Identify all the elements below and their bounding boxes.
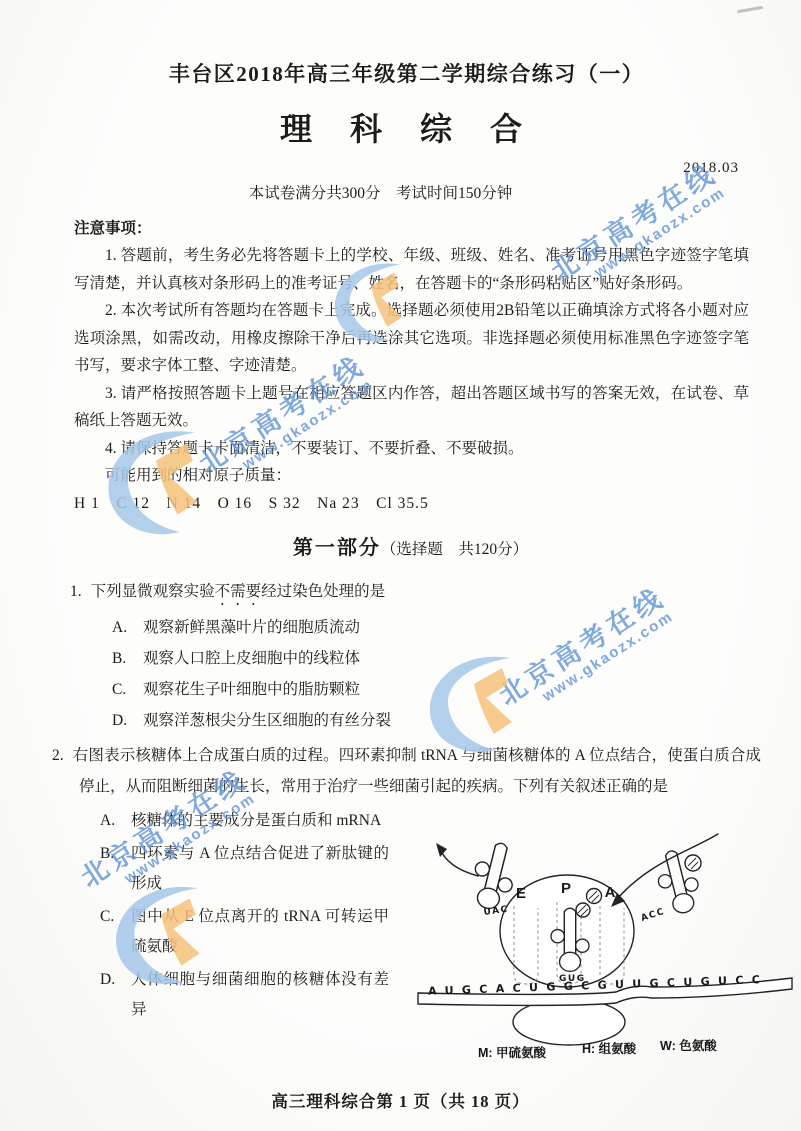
option-letter: C.	[100, 902, 131, 962]
option-row: A.核糖体的主要成分是蛋白质和 mRNA	[100, 806, 412, 836]
option-text: 观察花生子叶细胞中的脂肪颗粒	[143, 675, 360, 705]
question-2-stem-text: 右图表示核糖体上合成蛋白质的过程。四环素抑制 tRNA 与细菌核糖体的 A 位点…	[73, 747, 761, 795]
part1-subtitle: （选择题 共120分）	[381, 541, 528, 558]
exam-title: 丰台区2018年高三年级第二学期综合练习（一）	[6, 58, 801, 88]
part1-title: 第一部分	[293, 537, 381, 559]
option-row: C.观察花生子叶细胞中的脂肪颗粒	[112, 675, 749, 705]
legend-tryptophan: W: 色氨酸	[660, 1038, 717, 1053]
option-text: 图中从 E 位点离开的 tRNA 可转运甲硫氨酸	[131, 902, 389, 962]
option-text: 人体细胞与细菌细胞的核糖体没有差异	[131, 965, 389, 1025]
question-1: 1.下列显微观察实验不需要经过染色处理的是 A.观察新鲜黑藻叶片的细胞质流动 B…	[70, 576, 749, 736]
question-1-number: 1.	[70, 583, 82, 600]
notice-item-4: 4. 请保持答题卡卡面清洁，不要装订、不要折叠、不要破损。	[74, 435, 749, 463]
option-text: 核糖体的主要成分是蛋白质和 mRNA	[131, 806, 381, 836]
page-footer: 高三理科综合第 1 页（共 18 页）	[0, 1088, 801, 1112]
question-2-stem: 2.右图表示核糖体上合成蛋白质的过程。四环素抑制 tRNA 与细菌核糖体的 A …	[52, 740, 761, 802]
atomic-mass-values: H 1 C 12 N 14 O 16 S 32 Na 23 Cl 35.5	[74, 490, 749, 518]
option-letter: B.	[112, 644, 143, 674]
question-1-stem: 1.下列显微观察实验不需要经过染色处理的是	[70, 576, 749, 609]
question-1-stem-post: 经过染色处理的是	[261, 583, 385, 600]
option-text: 四环素与 A 位点结合促进了新肽键的形成	[131, 839, 389, 899]
option-letter: C.	[112, 675, 143, 705]
option-text: 观察人口腔上皮细胞中的线粒体	[143, 644, 360, 674]
scan-artifact	[737, 6, 763, 13]
option-row: D.观察洋葱根尖分生区细胞的有丝分裂	[112, 706, 749, 736]
option-text: 观察新鲜黑藻叶片的细胞质流动	[143, 613, 360, 643]
option-text: 观察洋葱根尖分生区细胞的有丝分裂	[143, 706, 391, 736]
notice-item-3: 3. 请严格按照答题卡上题号在相应答题区内作答，超出答题区域书写的答案无效，在试…	[74, 380, 749, 435]
question-2: 2.右图表示核糖体上合成蛋白质的过程。四环素抑制 tRNA 与细菌核糖体的 A …	[52, 740, 761, 1025]
question-2-number: 2.	[52, 747, 64, 764]
notice-heading: 注意事项：	[74, 215, 749, 242]
notice-item-1: 1. 答题前，考生务必先将答题卡上的学校、年级、班级、姓名、准考证号用黑色字迹签…	[74, 242, 749, 297]
notice-section: 注意事项： 1. 答题前，考生务必先将答题卡上的学校、年级、班级、姓名、准考证号…	[74, 215, 749, 517]
option-row: B.四环素与 A 位点结合促进了新肽键的形成	[100, 839, 412, 899]
option-letter: B.	[100, 839, 131, 899]
option-row: B.观察人口腔上皮细胞中的线粒体	[112, 644, 749, 674]
option-row: A.观察新鲜黑藻叶片的细胞质流动	[112, 613, 749, 643]
exam-date: 2018.03	[0, 160, 801, 177]
legend-histidine: H: 组氨酸	[582, 1041, 637, 1056]
question-2-options: A.核糖体的主要成分是蛋白质和 mRNA B.四环素与 A 位点结合促进了新肽键…	[100, 806, 412, 1025]
option-letter: D.	[112, 706, 143, 736]
exam-paper-page: 北京高考在线 www.gkaozx.com 北京高考在线 www.gkaozx.…	[0, 0, 801, 1131]
option-letter: D.	[100, 965, 131, 1025]
option-row: C.图中从 E 位点离开的 tRNA 可转运甲硫氨酸	[100, 902, 412, 962]
legend-methionine: M: 甲硫氨酸	[478, 1045, 547, 1060]
question-1-stem-pre: 下列显微观察实验	[91, 583, 215, 600]
option-letter: A.	[112, 613, 143, 643]
option-letter: A.	[100, 806, 131, 836]
question-1-options: A.观察新鲜黑藻叶片的细胞质流动 B.观察人口腔上皮细胞中的线粒体 C.观察花生…	[112, 613, 749, 736]
atomic-mass-label: 可能用到的相对原子质量：	[74, 462, 749, 490]
subject-title: 理 科 综 合	[8, 104, 801, 150]
notice-item-2: 2. 本次考试所有答题均在答题卡上完成。选择题必须使用2B铅笔以正确填涂方式将各…	[74, 297, 749, 380]
part1-heading: 第一部分（选择题 共120分）	[10, 531, 801, 560]
option-row: D.人体细胞与细菌细胞的核糖体没有差异	[100, 965, 412, 1025]
question-1-stem-emphasis: 不需要	[215, 583, 262, 600]
exam-info: 本试卷满分共300分 考试时间150分钟	[0, 181, 781, 203]
